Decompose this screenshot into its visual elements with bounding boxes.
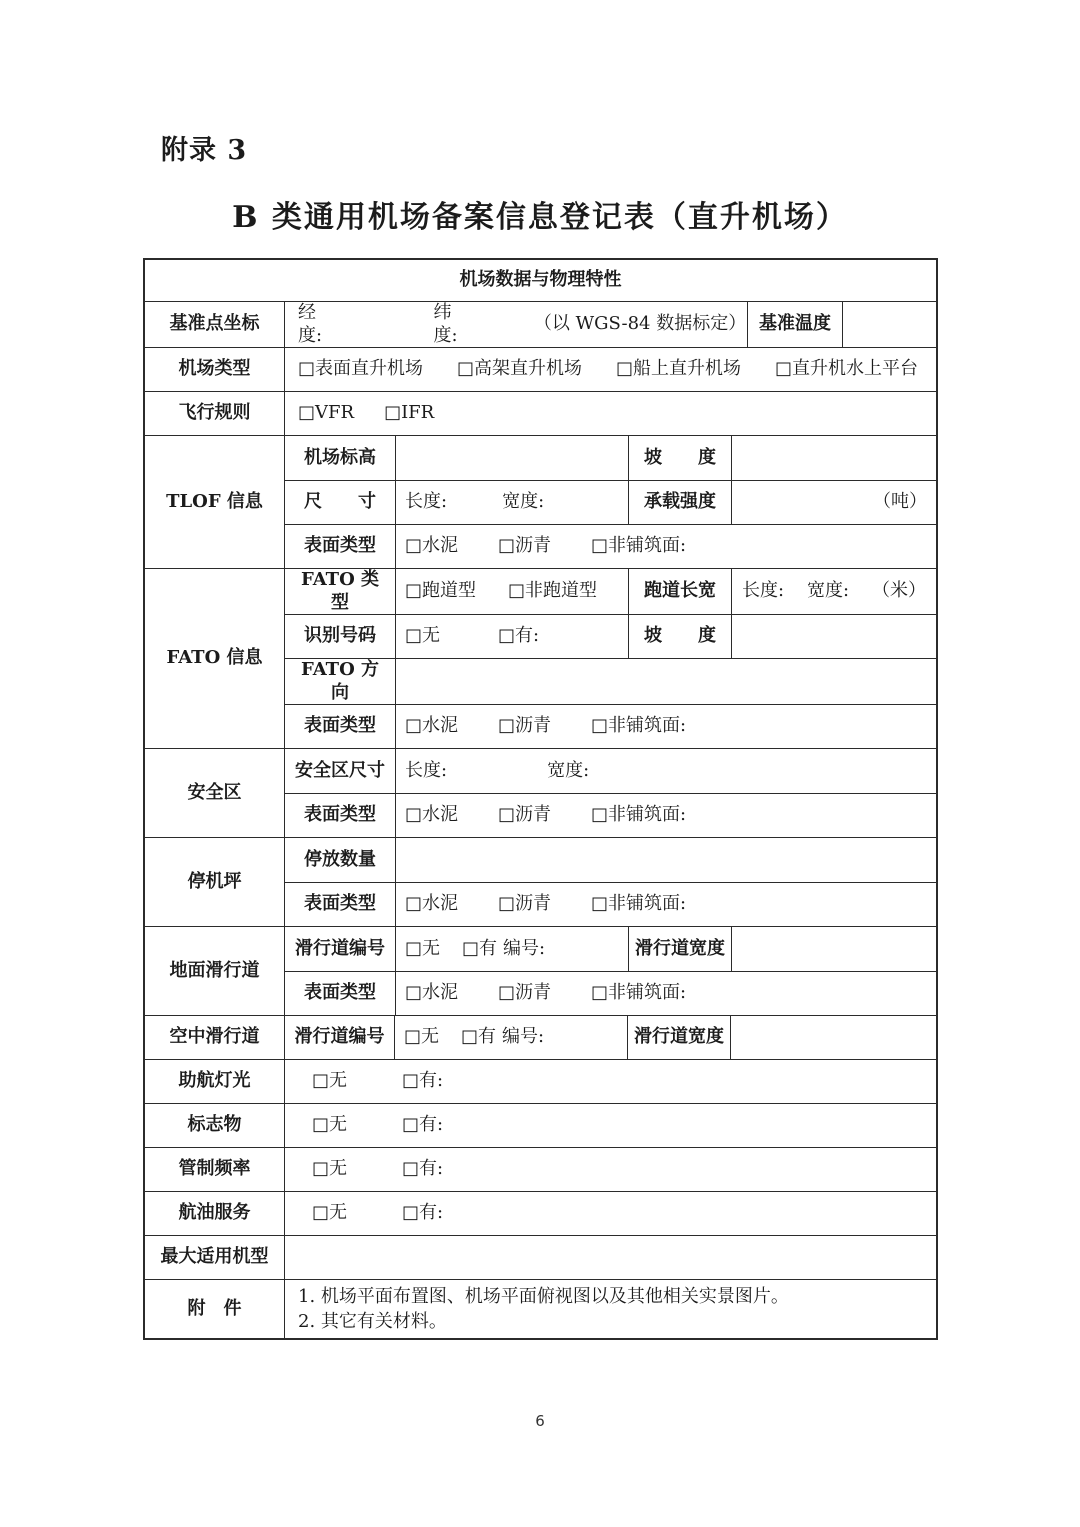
checkbox-has: □有: bbox=[402, 1114, 443, 1137]
nav-lights-label: 助航灯光 bbox=[145, 1060, 284, 1103]
checkbox-non-runway-type: □非跑道型 bbox=[508, 580, 597, 603]
tlof-size-value-cell: 长度: 宽度: bbox=[395, 481, 628, 524]
taxiway-surface-label: 表面类型 bbox=[285, 972, 395, 1015]
control-frequency-label: 管制频率 bbox=[145, 1148, 284, 1191]
max-aircraft-type-label: 最大适用机型 bbox=[145, 1236, 284, 1279]
group-ground-taxiway: 地面滑行道 滑行道编号 □无 □有 编号: 滑行道宽度 表面类型 □水泥 bbox=[145, 926, 936, 1015]
row-tlof-surface: 表面类型 □水泥 □沥青 □非铺筑面: bbox=[285, 524, 936, 568]
nav-lights-options-cell: □无 □有: bbox=[284, 1060, 936, 1103]
checkbox-id-none: □无 bbox=[405, 625, 440, 648]
fato-runway-dims-cell: 长度: 宽度: （米） bbox=[731, 569, 936, 614]
apron-count-value-cell bbox=[395, 838, 936, 882]
row-fato-id: 识别号码 □无 □有: 坡 度 bbox=[285, 614, 936, 658]
fato-runway-unit: （米） bbox=[872, 580, 926, 603]
checkbox-none: □无 bbox=[312, 1202, 347, 1225]
tlof-surface-label: 表面类型 bbox=[285, 525, 395, 568]
datum-point-label: 基准点坐标 bbox=[145, 302, 284, 347]
tlof-slope-value-cell bbox=[731, 436, 936, 480]
tlof-surface-options-cell: □水泥 □沥青 □非铺筑面: bbox=[395, 525, 936, 568]
checkbox-concrete: □水泥 bbox=[405, 893, 458, 916]
taxiway-width-value-cell bbox=[731, 927, 936, 971]
fato-group-label: FATO 信息 bbox=[145, 569, 284, 748]
attachments-label: 附 件 bbox=[145, 1280, 284, 1338]
row-apron-count: 停放数量 bbox=[285, 838, 936, 882]
checkbox-taxiway-has: □有 bbox=[462, 938, 497, 961]
checkbox-unpaved: □非铺筑面: bbox=[591, 535, 686, 558]
row-attachments: 附 件 1. 机场平面布置图、机场平面俯视图以及其他相关实景图片。 2. 其它有… bbox=[145, 1279, 936, 1338]
checkbox-water-platform: □直升机水上平台 bbox=[775, 358, 918, 381]
checkbox-surface-heliport: □表面直升机场 bbox=[298, 358, 423, 381]
safety-size-value-cell: 长度: 宽度: bbox=[395, 749, 936, 793]
control-frequency-options-cell: □无 □有: bbox=[284, 1148, 936, 1191]
air-taxiway-number-label: 滑行道编号 bbox=[284, 1016, 394, 1059]
max-aircraft-type-value-cell bbox=[284, 1236, 936, 1279]
safety-width-label: 宽度: bbox=[547, 760, 589, 783]
tlof-width-label: 宽度: bbox=[502, 491, 544, 514]
table-header-title: 机场数据与物理特性 bbox=[145, 260, 936, 301]
checkbox-none: □无 bbox=[312, 1158, 347, 1181]
apron-group-label: 停机坪 bbox=[145, 838, 284, 926]
page-title: B 类通用机场备案信息登记表（直升机场） bbox=[0, 192, 1080, 236]
row-datum-point: 基准点坐标 经度: 纬度: （以 WGS-84 数据标定） 基准温度 bbox=[145, 301, 936, 347]
fato-runway-dims-label: 跑道长宽 bbox=[628, 569, 731, 614]
checkbox-asphalt: □沥青 bbox=[498, 715, 551, 738]
checkbox-ifr: □IFR bbox=[384, 402, 434, 425]
checkbox-concrete: □水泥 bbox=[405, 715, 458, 738]
checkbox-asphalt: □沥青 bbox=[498, 535, 551, 558]
group-fato: FATO 信息 FATO 类型 □跑道型 □非跑道型 跑道长宽 长度: 宽度: … bbox=[145, 568, 936, 748]
row-safety-surface: 表面类型 □水泥 □沥青 □非铺筑面: bbox=[285, 793, 936, 837]
checkbox-none: □无 bbox=[312, 1070, 347, 1093]
ref-temperature-label: 基准温度 bbox=[747, 302, 842, 347]
group-safety-area: 安全区 安全区尺寸 长度: 宽度: 表面类型 □水泥 □沥青 □非铺筑面: bbox=[145, 748, 936, 837]
tlof-length-label: 长度: bbox=[405, 491, 447, 514]
checkbox-asphalt: □沥青 bbox=[498, 893, 551, 916]
checkbox-unpaved: □非铺筑面: bbox=[591, 804, 686, 827]
table-header-row: 机场数据与物理特性 bbox=[145, 260, 936, 301]
checkbox-taxiway-none: □无 bbox=[404, 1026, 439, 1049]
document-page: 附录 3 B 类通用机场备案信息登记表（直升机场） 机场数据与物理特性 基准点坐… bbox=[0, 0, 1080, 1527]
airport-data-table: 机场数据与物理特性 基准点坐标 经度: 纬度: （以 WGS-84 数据标定） … bbox=[143, 258, 938, 1340]
row-markers: 标志物 □无 □有: bbox=[145, 1103, 936, 1147]
row-air-taxiway: 空中滑行道 滑行道编号 □无 □有 编号: 滑行道宽度 bbox=[145, 1015, 936, 1059]
row-fuel-service: 航油服务 □无 □有: bbox=[145, 1191, 936, 1235]
flight-rules-options-cell: □VFR □IFR bbox=[284, 392, 936, 435]
checkbox-asphalt: □沥青 bbox=[498, 804, 551, 827]
row-ground-taxiway-surface: 表面类型 □水泥 □沥青 □非铺筑面: bbox=[285, 971, 936, 1015]
datum-coordinates-cell: 经度: 纬度: （以 WGS-84 数据标定） bbox=[284, 302, 747, 347]
checkbox-unpaved: □非铺筑面: bbox=[591, 982, 686, 1005]
checkbox-unpaved: □非铺筑面: bbox=[591, 893, 686, 916]
airport-type-label: 机场类型 bbox=[145, 348, 284, 391]
fato-id-options-cell: □无 □有: bbox=[395, 615, 628, 658]
row-tlof-size: 尺 寸 长度: 宽度: 承载强度 （吨） bbox=[285, 480, 936, 524]
row-safety-size: 安全区尺寸 长度: 宽度: bbox=[285, 749, 936, 793]
fato-type-label: FATO 类型 bbox=[285, 569, 395, 614]
ground-taxiway-group-label: 地面滑行道 bbox=[145, 927, 284, 1015]
markers-label: 标志物 bbox=[145, 1104, 284, 1147]
taxiway-width-label: 滑行道宽度 bbox=[628, 927, 731, 971]
fato-runway-width-label: 宽度: bbox=[807, 580, 849, 603]
checkbox-has: □有: bbox=[402, 1158, 443, 1181]
fato-slope-value-cell bbox=[731, 615, 936, 658]
fato-surface-options-cell: □水泥 □沥青 □非铺筑面: bbox=[395, 705, 936, 748]
airport-type-options-cell: □表面直升机场 □高架直升机场 □船上直升机场 □直升机水上平台 bbox=[284, 348, 936, 391]
tlof-group-label: TLOF 信息 bbox=[145, 436, 284, 568]
fato-type-options-cell: □跑道型 □非跑道型 bbox=[395, 569, 628, 614]
row-fato-type: FATO 类型 □跑道型 □非跑道型 跑道长宽 长度: 宽度: （米） bbox=[285, 569, 936, 614]
checkbox-taxiway-none: □无 bbox=[405, 938, 440, 961]
row-airport-type: 机场类型 □表面直升机场 □高架直升机场 □船上直升机场 □直升机水上平台 bbox=[145, 347, 936, 391]
taxiway-number-label: 滑行道编号 bbox=[285, 927, 395, 971]
safety-surface-options-cell: □水泥 □沥青 □非铺筑面: bbox=[395, 794, 936, 837]
appendix-label: 附录 3 bbox=[161, 128, 247, 167]
row-flight-rules: 飞行规则 □VFR □IFR bbox=[145, 391, 936, 435]
flight-rules-label: 飞行规则 bbox=[145, 392, 284, 435]
fato-surface-label: 表面类型 bbox=[285, 705, 395, 748]
fato-slope-label: 坡 度 bbox=[628, 615, 731, 658]
checkbox-concrete: □水泥 bbox=[405, 535, 458, 558]
tlof-strength-unit: （吨） bbox=[873, 491, 927, 514]
row-max-aircraft-type: 最大适用机型 bbox=[145, 1235, 936, 1279]
checkbox-none: □无 bbox=[312, 1114, 347, 1137]
taxiway-number-field-label: 编号: bbox=[502, 1026, 544, 1049]
group-apron: 停机坪 停放数量 表面类型 □水泥 □沥青 □非铺筑面: bbox=[145, 837, 936, 926]
ref-temperature-value-cell bbox=[842, 302, 936, 347]
taxiway-surface-options-cell: □水泥 □沥青 □非铺筑面: bbox=[395, 972, 936, 1015]
checkbox-asphalt: □沥青 bbox=[498, 982, 551, 1005]
apron-surface-label: 表面类型 bbox=[285, 883, 395, 926]
safety-size-label: 安全区尺寸 bbox=[285, 749, 395, 793]
apron-count-label: 停放数量 bbox=[285, 838, 395, 882]
attachments-content-cell: 1. 机场平面布置图、机场平面俯视图以及其他相关实景图片。 2. 其它有关材料。 bbox=[284, 1280, 936, 1338]
page-number: 6 bbox=[0, 1412, 1080, 1430]
checkbox-concrete: □水泥 bbox=[405, 804, 458, 827]
row-nav-lights: 助航灯光 □无 □有: bbox=[145, 1059, 936, 1103]
fato-id-label: 识别号码 bbox=[285, 615, 395, 658]
apron-surface-options-cell: □水泥 □沥青 □非铺筑面: bbox=[395, 883, 936, 926]
attachment-line-2: 2. 其它有关材料。 bbox=[298, 1309, 447, 1334]
checkbox-id-has: □有: bbox=[498, 625, 539, 648]
checkbox-has: □有: bbox=[402, 1070, 443, 1093]
wgs-note: （以 WGS-84 数据标定） bbox=[534, 313, 738, 336]
row-control-frequency: 管制频率 □无 □有: bbox=[145, 1147, 936, 1191]
tlof-slope-label: 坡 度 bbox=[628, 436, 731, 480]
air-taxiway-width-value-cell bbox=[730, 1016, 936, 1059]
checkbox-runway-type: □跑道型 bbox=[405, 580, 476, 603]
safety-area-group-label: 安全区 bbox=[145, 749, 284, 837]
tlof-strength-value-cell: （吨） bbox=[731, 481, 936, 524]
row-tlof-elevation: 机场标高 坡 度 bbox=[285, 436, 936, 480]
checkbox-concrete: □水泥 bbox=[405, 982, 458, 1005]
fato-runway-length-label: 长度: bbox=[742, 580, 784, 603]
checkbox-taxiway-has: □有 bbox=[461, 1026, 496, 1049]
air-taxiway-number-options-cell: □无 □有 编号: bbox=[394, 1016, 627, 1059]
checkbox-has: □有: bbox=[402, 1202, 443, 1225]
row-apron-surface: 表面类型 □水泥 □沥青 □非铺筑面: bbox=[285, 882, 936, 926]
tlof-size-label: 尺 寸 bbox=[285, 481, 395, 524]
attachment-line-1: 1. 机场平面布置图、机场平面俯视图以及其他相关实景图片。 bbox=[298, 1284, 789, 1309]
tlof-elevation-value-cell bbox=[395, 436, 628, 480]
fato-direction-value-cell bbox=[395, 659, 936, 704]
row-fato-surface: 表面类型 □水泥 □沥青 □非铺筑面: bbox=[285, 704, 936, 748]
group-tlof: TLOF 信息 机场标高 坡 度 尺 寸 长度: 宽度: 承载强度 bbox=[145, 435, 936, 568]
checkbox-vfr: □VFR bbox=[298, 402, 354, 425]
taxiway-number-options-cell: □无 □有 编号: bbox=[395, 927, 628, 971]
safety-length-label: 长度: bbox=[405, 760, 447, 783]
longitude-label: 经度: bbox=[298, 302, 338, 347]
fuel-service-label: 航油服务 bbox=[145, 1192, 284, 1235]
air-taxiway-label: 空中滑行道 bbox=[145, 1016, 284, 1059]
latitude-label: 纬度: bbox=[433, 302, 473, 347]
safety-surface-label: 表面类型 bbox=[285, 794, 395, 837]
fato-direction-label: FATO 方向 bbox=[285, 659, 395, 704]
taxiway-number-field-label: 编号: bbox=[503, 938, 545, 961]
tlof-elevation-label: 机场标高 bbox=[285, 436, 395, 480]
checkbox-shipboard-heliport: □船上直升机场 bbox=[616, 358, 741, 381]
markers-options-cell: □无 □有: bbox=[284, 1104, 936, 1147]
row-fato-direction: FATO 方向 bbox=[285, 658, 936, 704]
air-taxiway-width-label: 滑行道宽度 bbox=[627, 1016, 730, 1059]
checkbox-unpaved: □非铺筑面: bbox=[591, 715, 686, 738]
fuel-service-options-cell: □无 □有: bbox=[284, 1192, 936, 1235]
row-ground-taxiway-number: 滑行道编号 □无 □有 编号: 滑行道宽度 bbox=[285, 927, 936, 971]
checkbox-elevated-heliport: □高架直升机场 bbox=[457, 358, 582, 381]
tlof-strength-label: 承载强度 bbox=[628, 481, 731, 524]
